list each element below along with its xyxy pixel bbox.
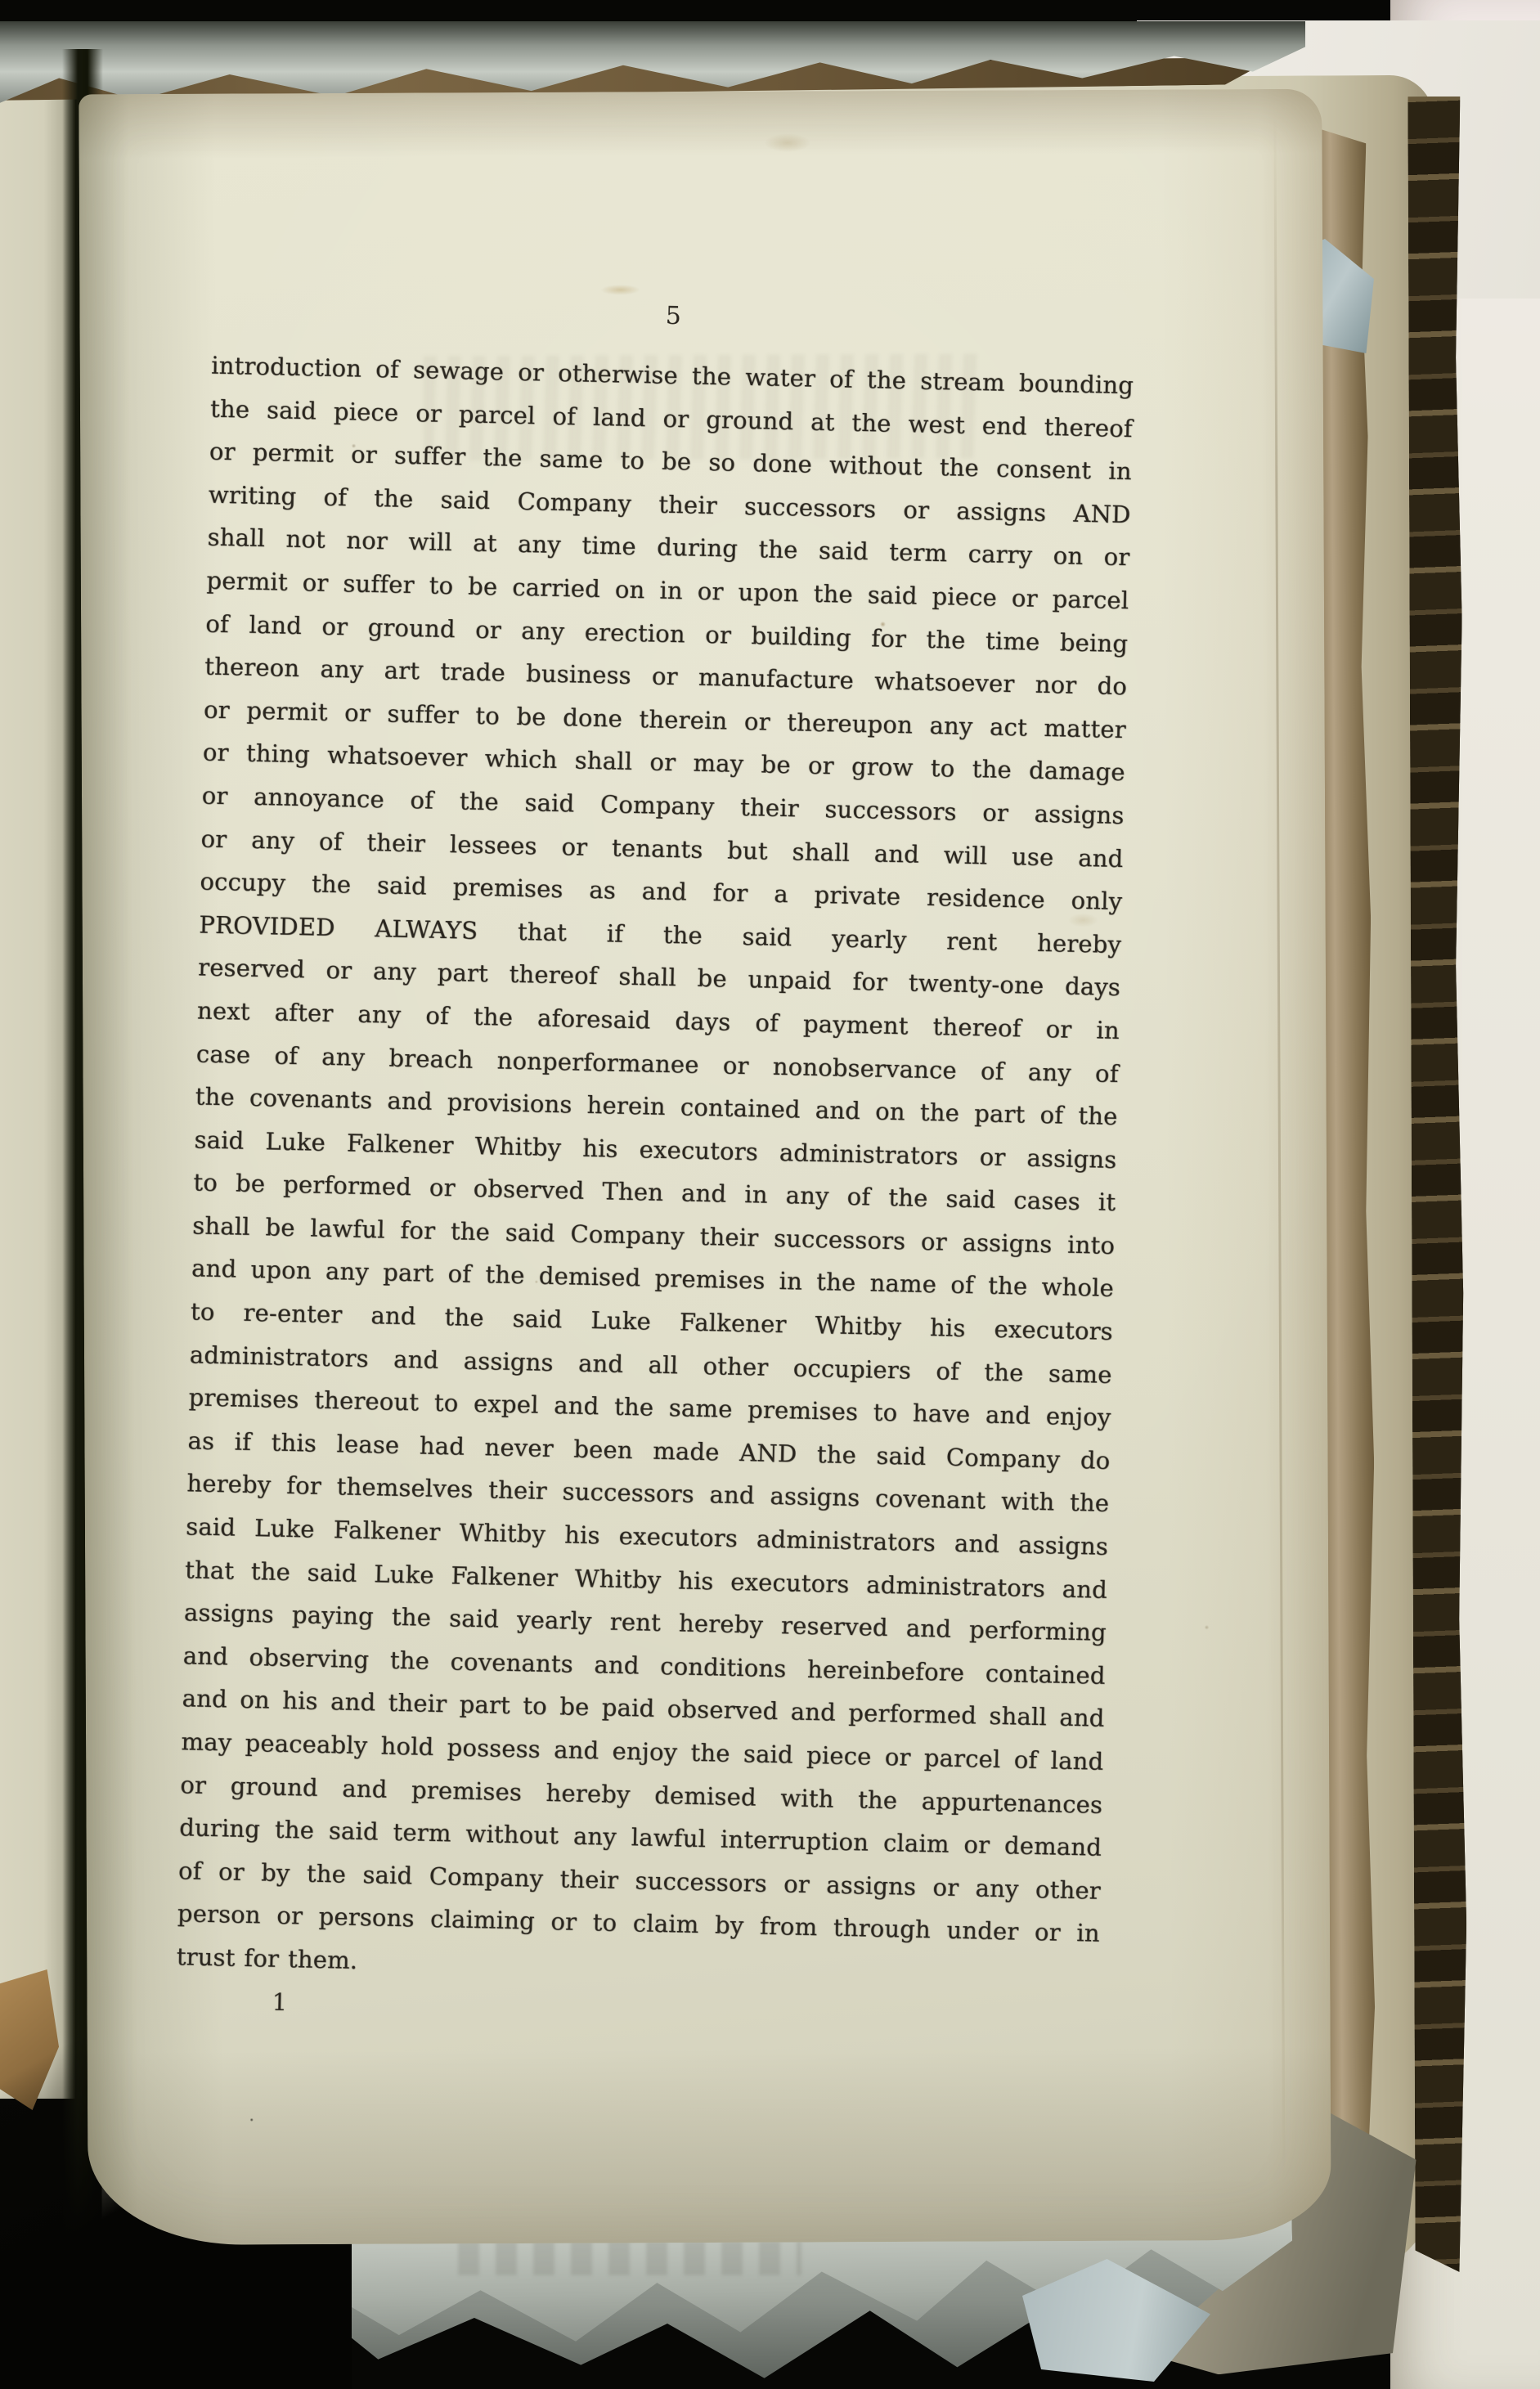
- book-scan-photo: 5 introduction of sewage or otherwise th…: [0, 0, 1540, 2389]
- page-text: 5 introduction of sewage or otherwise th…: [175, 290, 1135, 2041]
- document-page: 5 introduction of sewage or otherwise th…: [79, 89, 1331, 2246]
- ink-bleedthrough-bottom: [458, 2241, 801, 2275]
